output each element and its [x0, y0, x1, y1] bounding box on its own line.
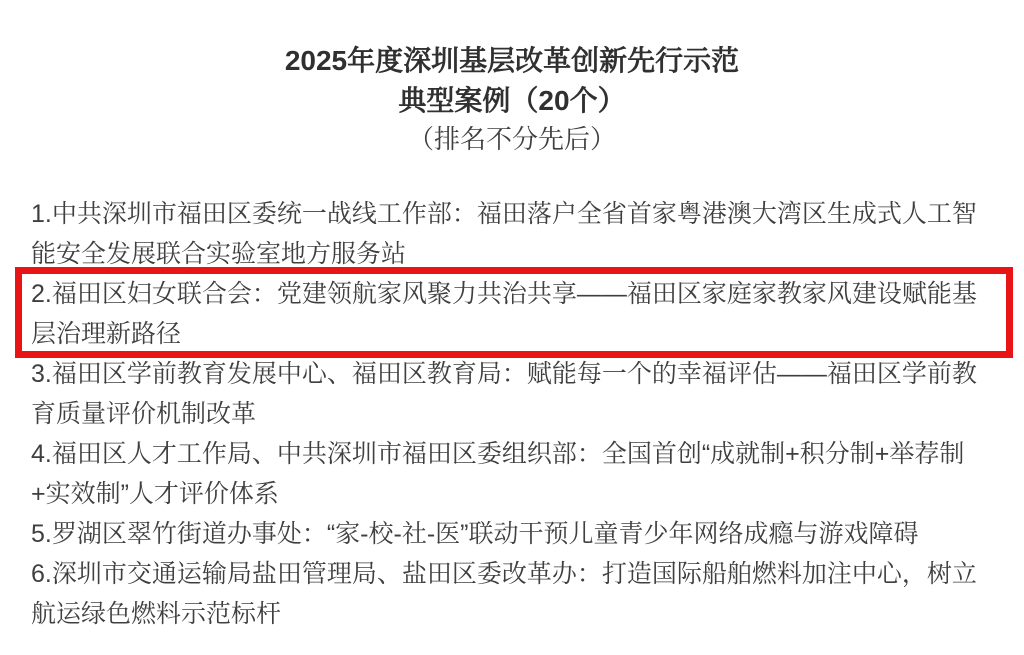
case-item-2-line-1: 2.福田区妇女联合会：党建领航家风聚力共治共享——福田区家庭家教家风建设赋能基 [31, 274, 1011, 314]
document-title-line1: 2025年度深圳基层改革创新先行示范 [0, 44, 1024, 78]
case-item-3-line-2: 育质量评价机制改革 [31, 394, 1011, 434]
case-item-1-line-1: 1.中共深圳市福田区委统一战线工作部：福田落户全省首家粤港澳大湾区生成式人工智 [31, 194, 1011, 234]
case-item-6-line-1: 6.深圳市交通运输局盐田管理局、盐田区委改革办：打造国际船舶燃料加注中心，树立 [31, 554, 1011, 594]
case-list: 1.中共深圳市福田区委统一战线工作部：福田落户全省首家粤港澳大湾区生成式人工智 … [31, 194, 1011, 634]
case-item-5-line-1: 5.罗湖区翠竹街道办事处：“家-校-社-医”联动干预儿童青少年网络成瘾与游戏障碍 [31, 514, 1011, 554]
case-item-6-line-2: 航运绿色燃料示范标杆 [31, 594, 1011, 634]
case-item-4-line-1: 4.福田区人才工作局、中共深圳市福田区委组织部：全国首创“成就制+积分制+举荐制 [31, 434, 1011, 474]
case-item-3-line-1: 3.福田区学前教育发展中心、福田区教育局：赋能每一个的幸福评估——福田区学前教 [31, 354, 1011, 394]
document-subtitle: （排名不分先后） [0, 122, 1024, 156]
document-page: 2025年度深圳基层改革创新先行示范 典型案例（20个） （排名不分先后） 1.… [0, 0, 1024, 655]
case-item-2-line-2: 层治理新路径 [31, 314, 1011, 354]
case-item-4-line-2: +实效制”人才评价体系 [31, 474, 1011, 514]
case-item-1-line-2: 能安全发展联合实验室地方服务站 [31, 234, 1011, 274]
document-title-line2: 典型案例（20个） [0, 84, 1024, 118]
